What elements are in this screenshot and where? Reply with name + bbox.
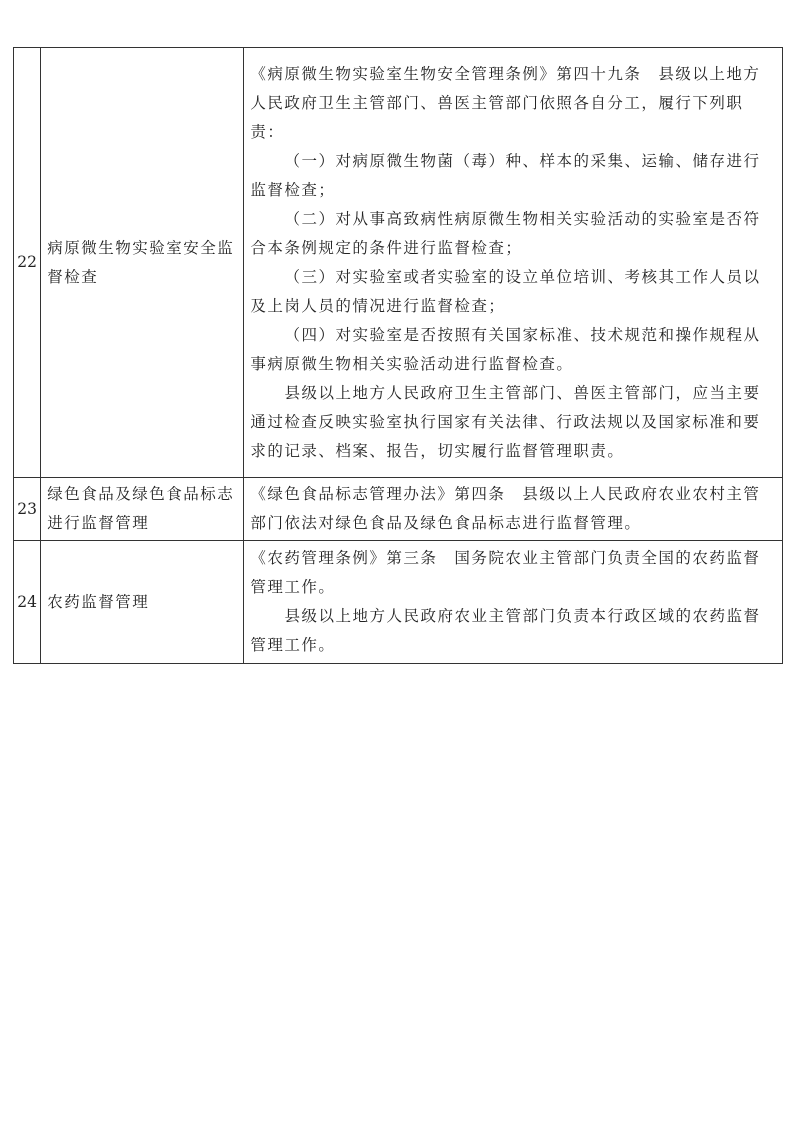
- legal-basis: 《农药管理条例》第三条 国务院农业主管部门负责全国的农药监督管理工作。 县级以上…: [244, 541, 783, 664]
- table-row: 22 病原微生物实验室安全监督检查 《病原微生物实验室生物安全管理条例》第四十九…: [14, 48, 783, 478]
- basis-paragraph: 《病原微生物实验室生物安全管理条例》第四十九条 县级以上地方人民政府卫生主管部门…: [250, 60, 776, 147]
- item-name: 病原微生物实验室安全监督检查: [41, 48, 244, 478]
- basis-paragraph: （四）对实验室是否按照有关国家标准、技术规范和操作规程从事病原微生物相关实验活动…: [250, 321, 776, 379]
- basis-paragraph: 县级以上地方人民政府农业主管部门负责本行政区域的农药监督管理工作。: [250, 602, 776, 660]
- item-name: 农药监督管理: [41, 541, 244, 664]
- table-row: 23 绿色食品及绿色食品标志进行监督管理 《绿色食品标志管理办法》第四条 县级以…: [14, 478, 783, 541]
- basis-paragraph: （二）对从事高致病性病原微生物相关实验活动的实验室是否符合本条例规定的条件进行监…: [250, 205, 776, 263]
- legal-basis: 《病原微生物实验室生物安全管理条例》第四十九条 县级以上地方人民政府卫生主管部门…: [244, 48, 783, 478]
- item-name: 绿色食品及绿色食品标志进行监督管理: [41, 478, 244, 541]
- basis-paragraph: 《绿色食品标志管理办法》第四条 县级以上人民政府农业农村主管部门依法对绿色食品及…: [250, 480, 776, 538]
- row-number: 24: [14, 541, 41, 664]
- regulation-table: 22 病原微生物实验室安全监督检查 《病原微生物实验室生物安全管理条例》第四十九…: [13, 47, 783, 664]
- row-number: 23: [14, 478, 41, 541]
- basis-paragraph: （一）对病原微生物菌（毒）种、样本的采集、运输、储存进行监督检查；: [250, 147, 776, 205]
- legal-basis: 《绿色食品标志管理办法》第四条 县级以上人民政府农业农村主管部门依法对绿色食品及…: [244, 478, 783, 541]
- row-number: 22: [14, 48, 41, 478]
- basis-paragraph: 《农药管理条例》第三条 国务院农业主管部门负责全国的农药监督管理工作。: [250, 544, 776, 602]
- basis-paragraph: 县级以上地方人民政府卫生主管部门、兽医主管部门，应当主要通过检查反映实验室执行国…: [250, 379, 776, 466]
- table-row: 24 农药监督管理 《农药管理条例》第三条 国务院农业主管部门负责全国的农药监督…: [14, 541, 783, 664]
- basis-paragraph: （三）对实验室或者实验室的设立单位培训、考核其工作人员以及上岗人员的情况进行监督…: [250, 263, 776, 321]
